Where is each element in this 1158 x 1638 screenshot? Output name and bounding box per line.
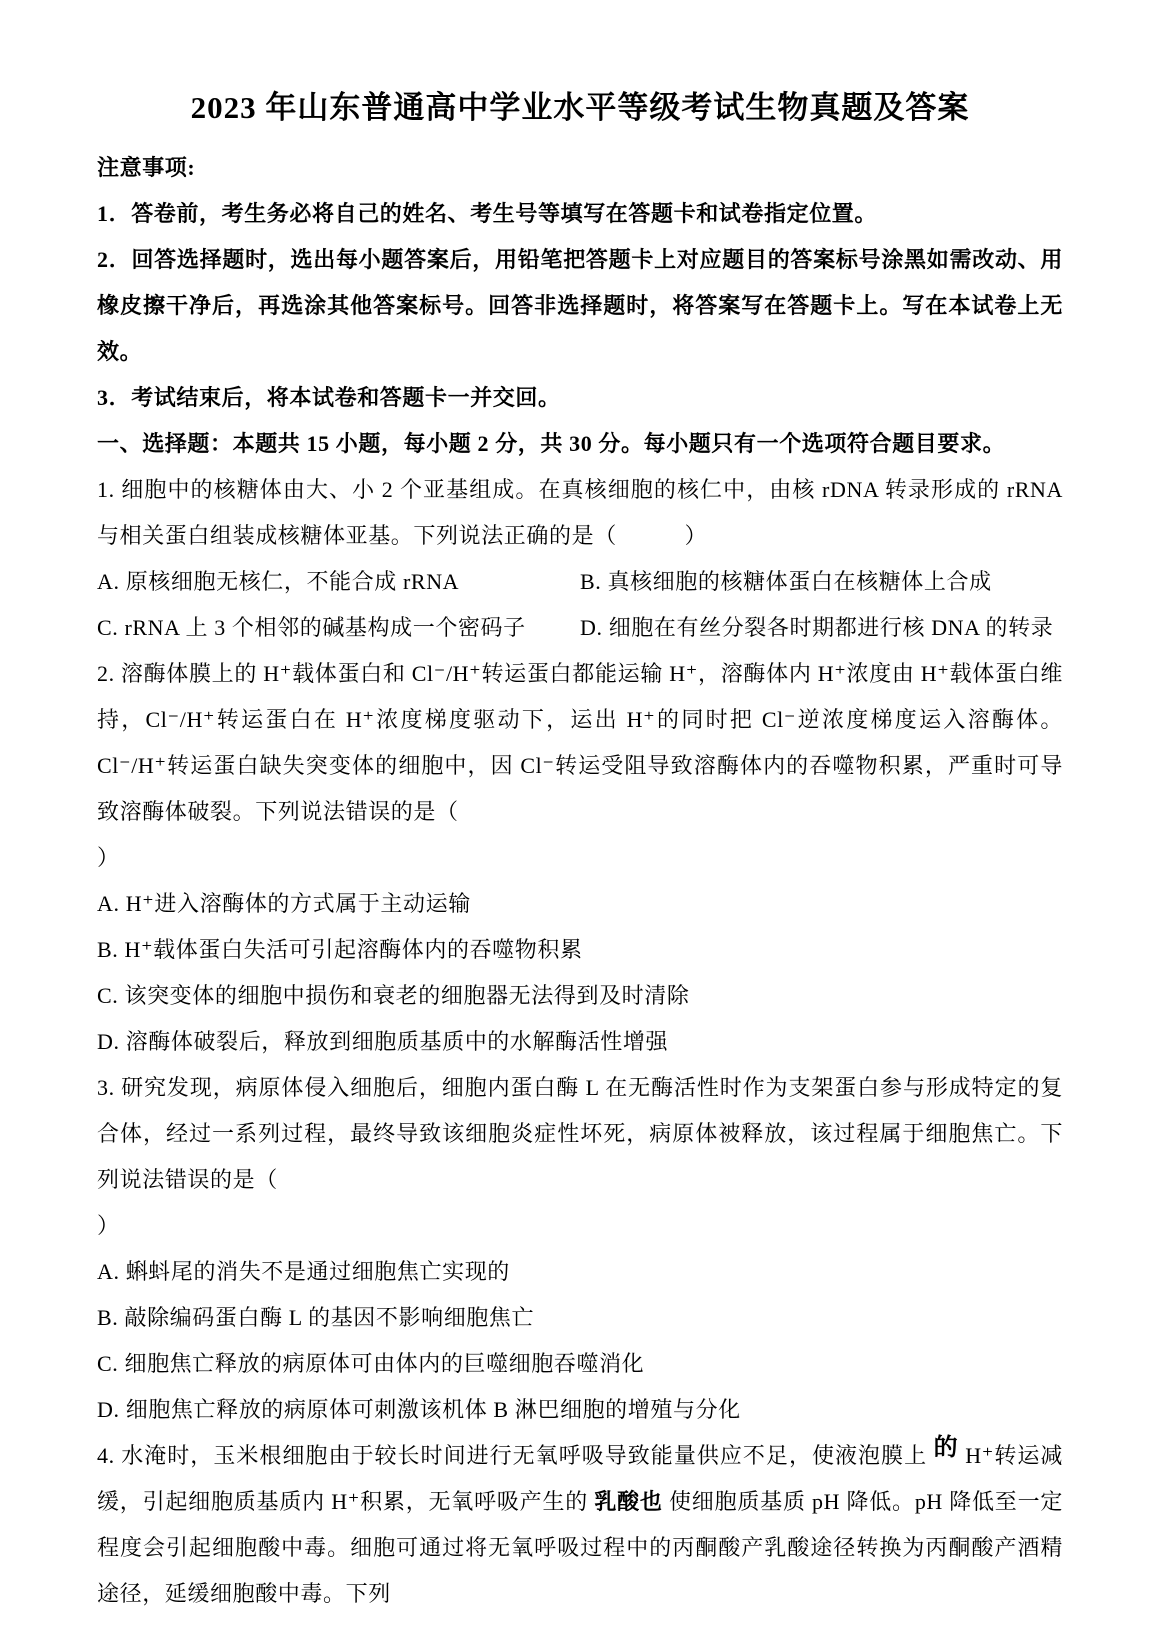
question-3-option-b: B. 敲除编码蛋白酶 L 的基因不影响细胞焦亡 <box>97 1295 1063 1341</box>
question-4-stem-pre: 4. 水淹时，玉米根细胞由于较长时间进行无氧呼吸导致能量供应不足，使液泡膜上 <box>97 1443 934 1468</box>
question-2-stem: 2. 溶酶体膜上的 H⁺载体蛋白和 Cl⁻/H⁺转运蛋白都能运输 H⁺，溶酶体内… <box>97 651 1063 835</box>
notice-item-1: 1．答卷前，考生务必将自己的姓名、考生号等填写在答题卡和试卷指定位置。 <box>97 191 1063 237</box>
question-1-option-a: A. 原核细胞无核仁，不能合成 rRNA <box>97 559 580 605</box>
notice-item-3: 3．考试结束后，将本试卷和答题卡一并交回。 <box>97 375 1063 421</box>
question-3-stem: 3. 研究发现，病原体侵入细胞后，细胞内蛋白酶 L 在无酶活性时作为支架蛋白参与… <box>97 1065 1063 1203</box>
notice-item-2: 2．回答选择题时，选出每小题答案后，用铅笔把答题卡上对应题目的答案标号涂黑如需改… <box>97 237 1063 375</box>
question-3-option-c: C. 细胞焦亡释放的病原体可由体内的巨噬细胞吞噬消化 <box>97 1341 1063 1387</box>
question-4-stem: 4. 水淹时，玉米根细胞由于较长时间进行无氧呼吸导致能量供应不足，使液泡膜上 的… <box>97 1433 1063 1617</box>
notice-heading: 注意事项: <box>97 145 1063 191</box>
question-2-option-b: B. H⁺载体蛋白失活可引起溶酶体内的吞噬物积累 <box>97 927 1063 973</box>
question-3: 3. 研究发现，病原体侵入细胞后，细胞内蛋白酶 L 在无酶活性时作为支架蛋白参与… <box>97 1065 1063 1433</box>
question-3-option-a: A. 蝌蚪尾的消失不是通过细胞焦亡实现的 <box>97 1249 1063 1295</box>
question-2: 2. 溶酶体膜上的 H⁺载体蛋白和 Cl⁻/H⁺转运蛋白都能运输 H⁺，溶酶体内… <box>97 651 1063 1065</box>
question-4: 4. 水淹时，玉米根细胞由于较长时间进行无氧呼吸导致能量供应不足，使液泡膜上 的… <box>97 1433 1063 1617</box>
question-3-option-d: D. 细胞焦亡释放的病原体可刺激该机体 B 淋巴细胞的增殖与分化 <box>97 1387 1063 1433</box>
question-1-stem: 1. 细胞中的核糖体由大、小 2 个亚基组成。在真核细胞的核仁中，由核 rDNA… <box>97 467 1063 559</box>
question-1-option-b: B. 真核细胞的核糖体蛋白在核糖体上合成 <box>580 559 1063 605</box>
exam-paper-page: 2023 年山东普通高中学业水平等级考试生物真题及答案 注意事项: 1．答卷前，… <box>0 0 1158 1638</box>
question-4-stem-bold-lactate: 乳酸也 <box>594 1489 662 1514</box>
exam-title: 2023 年山东普通高中学业水平等级考试生物真题及答案 <box>97 88 1063 128</box>
question-2-paren-close: ） <box>97 835 1063 881</box>
question-1-options: A. 原核细胞无核仁，不能合成 rRNA B. 真核细胞的核糖体蛋白在核糖体上合… <box>97 559 1063 651</box>
question-2-option-d: D. 溶酶体破裂后，释放到细胞质基质中的水解酶活性增强 <box>97 1019 1063 1065</box>
question-4-stem-bold-de: 的 <box>934 1435 959 1461</box>
section-heading: 一、选择题：本题共 15 小题，每小题 2 分，共 30 分。每小题只有一个选项… <box>97 421 1063 467</box>
question-1-option-d: D. 细胞在有丝分裂各时期都进行核 DNA 的转录 <box>580 605 1063 651</box>
question-3-paren-close: ） <box>97 1203 1063 1249</box>
question-1: 1. 细胞中的核糖体由大、小 2 个亚基组成。在真核细胞的核仁中，由核 rDNA… <box>97 467 1063 651</box>
question-1-option-c: C. rRNA 上 3 个相邻的碱基构成一个密码子 <box>97 605 580 651</box>
question-2-option-a: A. H⁺进入溶酶体的方式属于主动运输 <box>97 881 1063 927</box>
question-2-option-c: C. 该突变体的细胞中损伤和衰老的细胞器无法得到及时清除 <box>97 973 1063 1019</box>
